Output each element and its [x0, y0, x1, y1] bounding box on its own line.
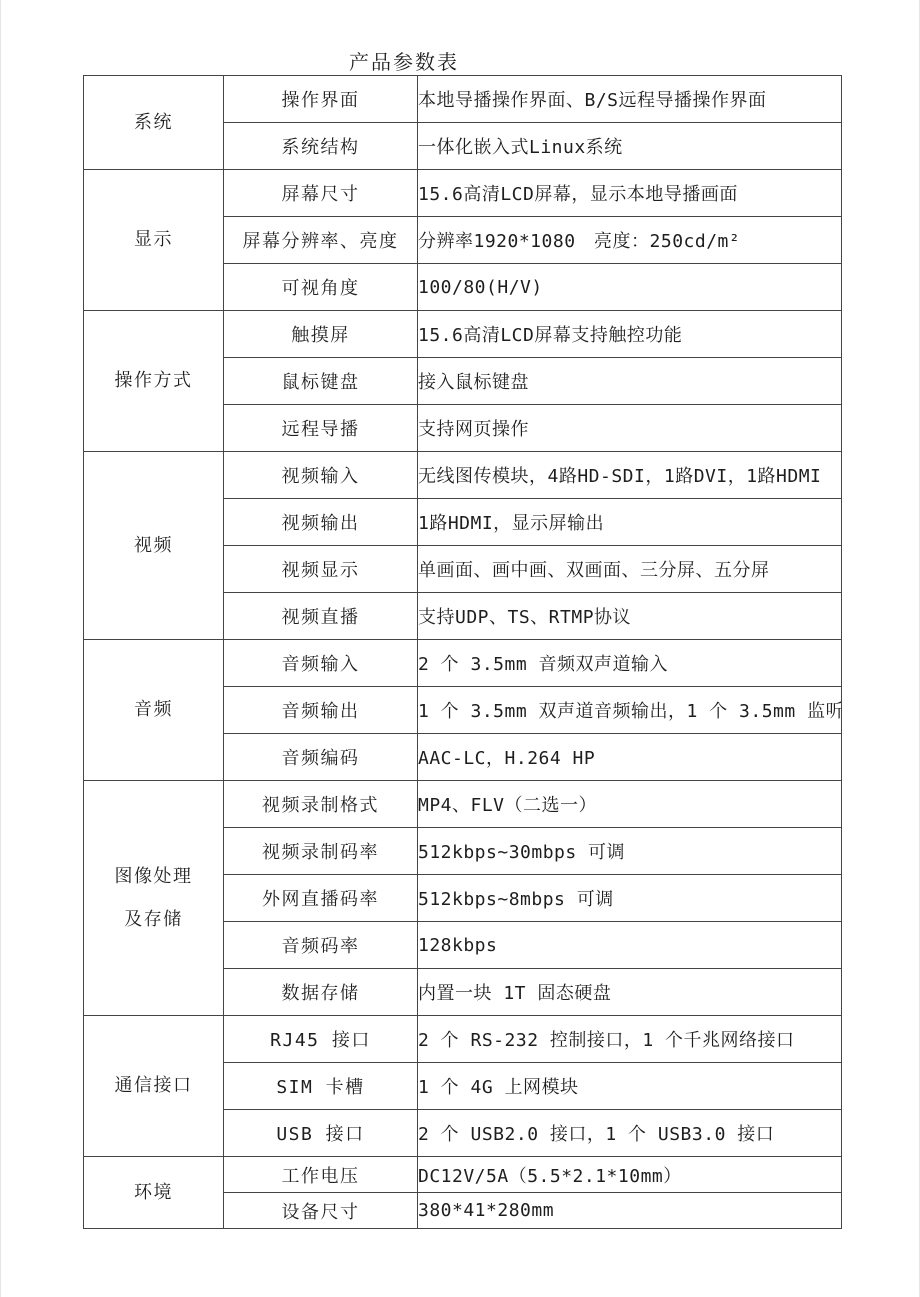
- category-cell: 视频: [84, 452, 224, 640]
- category-cell: 通信接口: [84, 1016, 224, 1157]
- page-title: 产品参数表: [349, 46, 459, 75]
- parameter-name-cell: 视频输出: [224, 499, 418, 546]
- parameter-value-cell: 支持网页操作: [418, 405, 842, 452]
- table-row: 系统操作界面本地导播操作界面、B/S远程导播操作界面: [84, 76, 842, 123]
- parameter-name-cell: 系统结构: [224, 123, 418, 170]
- parameter-value-cell: 1路HDMI，显示屏输出: [418, 499, 842, 546]
- parameter-name-cell: 屏幕尺寸: [224, 170, 418, 217]
- parameter-value-cell: 无线图传模块，4路HD-SDI，1路DVI，1路HDMI: [418, 452, 842, 499]
- parameter-value-cell: MP4、FLV（二选一）: [418, 781, 842, 828]
- parameter-value-cell: 单画面、画中画、双画面、三分屏、五分屏: [418, 546, 842, 593]
- parameter-value-cell: 15.6高清LCD屏幕支持触控功能: [418, 311, 842, 358]
- parameter-value-cell: 15.6高清LCD屏幕，显示本地导播画面: [418, 170, 842, 217]
- table-row: 音频音频输入2 个 3.5mm 音频双声道输入: [84, 640, 842, 687]
- parameter-name-cell: 数据存储: [224, 969, 418, 1016]
- category-cell: 音频: [84, 640, 224, 781]
- table-row: 显示屏幕尺寸15.6高清LCD屏幕，显示本地导播画面: [84, 170, 842, 217]
- parameter-value-cell: 2 个 RS-232 控制接口，1 个千兆网络接口: [418, 1016, 842, 1063]
- category-cell: 环境: [84, 1157, 224, 1229]
- parameter-name-cell: 可视角度: [224, 264, 418, 311]
- parameter-name-cell: 视频直播: [224, 593, 418, 640]
- parameter-name-cell: SIM 卡槽: [224, 1063, 418, 1110]
- parameter-value-cell: 分辨率1920*1080 亮度：250cd/m²: [418, 217, 842, 264]
- parameter-name-cell: 视频显示: [224, 546, 418, 593]
- parameter-value-cell: 一体化嵌入式Linux系统: [418, 123, 842, 170]
- parameter-value-cell: AAC-LC，H.264 HP: [418, 734, 842, 781]
- parameter-value-cell: 512kbps~30mbps 可调: [418, 828, 842, 875]
- parameter-value-cell: 512kbps~8mbps 可调: [418, 875, 842, 922]
- parameter-name-cell: 音频编码: [224, 734, 418, 781]
- parameter-value-cell: 支持UDP、TS、RTMP协议: [418, 593, 842, 640]
- parameter-value-cell: 2 个 USB2.0 接口，1 个 USB3.0 接口: [418, 1110, 842, 1157]
- table-row: 通信接口RJ45 接口2 个 RS-232 控制接口，1 个千兆网络接口: [84, 1016, 842, 1063]
- parameter-name-cell: 音频输出: [224, 687, 418, 734]
- parameter-name-cell: 屏幕分辨率、亮度: [224, 217, 418, 264]
- parameter-name-cell: 音频输入: [224, 640, 418, 687]
- table-row: 操作方式触摸屏15.6高清LCD屏幕支持触控功能: [84, 311, 842, 358]
- document-page: 产品参数表 系统操作界面本地导播操作界面、B/S远程导播操作界面系统结构一体化嵌…: [0, 0, 920, 1297]
- parameter-value-cell: 1 个 3.5mm 双声道音频输出，1 个 3.5mm 监听: [418, 687, 842, 734]
- spec-table-body: 系统操作界面本地导播操作界面、B/S远程导播操作界面系统结构一体化嵌入式Linu…: [84, 76, 842, 1229]
- parameter-name-cell: 工作电压: [224, 1157, 418, 1193]
- parameter-name-cell: 鼠标键盘: [224, 358, 418, 405]
- parameter-name-cell: 视频录制格式: [224, 781, 418, 828]
- parameter-name-cell: 触摸屏: [224, 311, 418, 358]
- parameter-value-cell: 100/80(H/V): [418, 264, 842, 311]
- parameter-name-cell: 操作界面: [224, 76, 418, 123]
- parameter-value-cell: 380*41*280mm: [418, 1193, 842, 1229]
- product-spec-table: 系统操作界面本地导播操作界面、B/S远程导播操作界面系统结构一体化嵌入式Linu…: [83, 75, 842, 1229]
- parameter-name-cell: 设备尺寸: [224, 1193, 418, 1229]
- parameter-value-cell: 1 个 4G 上网模块: [418, 1063, 842, 1110]
- parameter-value-cell: 本地导播操作界面、B/S远程导播操作界面: [418, 76, 842, 123]
- parameter-value-cell: 2 个 3.5mm 音频双声道输入: [418, 640, 842, 687]
- category-cell: 系统: [84, 76, 224, 170]
- table-row: 环境工作电压DC12V/5A（5.5*2.1*10mm）: [84, 1157, 842, 1193]
- table-row: 视频视频输入无线图传模块，4路HD-SDI，1路DVI，1路HDMI: [84, 452, 842, 499]
- parameter-name-cell: 视频输入: [224, 452, 418, 499]
- parameter-value-cell: 128kbps: [418, 922, 842, 969]
- parameter-value-cell: DC12V/5A（5.5*2.1*10mm）: [418, 1157, 842, 1193]
- category-cell: 显示: [84, 170, 224, 311]
- parameter-value-cell: 内置一块 1T 固态硬盘: [418, 969, 842, 1016]
- category-cell: 操作方式: [84, 311, 224, 452]
- parameter-value-cell: 接入鼠标键盘: [418, 358, 842, 405]
- table-row: 图像处理 及存储视频录制格式MP4、FLV（二选一）: [84, 781, 842, 828]
- parameter-name-cell: 视频录制码率: [224, 828, 418, 875]
- parameter-name-cell: RJ45 接口: [224, 1016, 418, 1063]
- category-cell: 图像处理 及存储: [84, 781, 224, 1016]
- parameter-name-cell: 远程导播: [224, 405, 418, 452]
- parameter-name-cell: 外网直播码率: [224, 875, 418, 922]
- parameter-name-cell: USB 接口: [224, 1110, 418, 1157]
- parameter-name-cell: 音频码率: [224, 922, 418, 969]
